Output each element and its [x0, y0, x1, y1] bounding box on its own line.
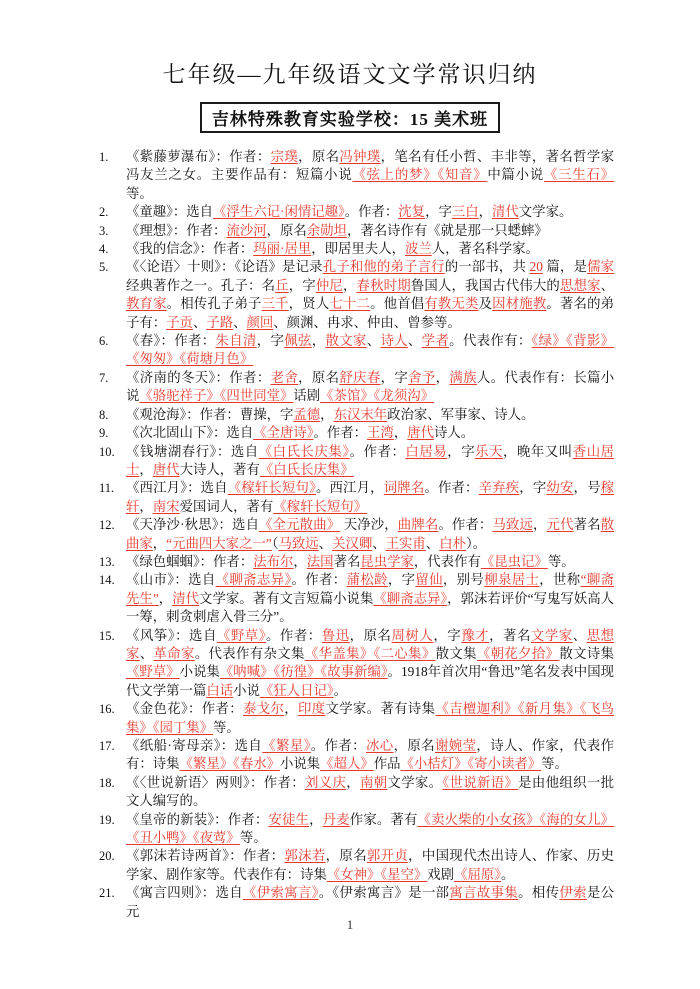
- answer-text: 三白: [452, 204, 479, 219]
- item-text: 《风筝》：选自《野草》。作者：鲁迅，原名周树人，字豫才，著名文学家、思想家、革命…: [126, 627, 614, 701]
- plain-text: 文学家。: [387, 775, 442, 790]
- answer-text: 王湾: [367, 425, 394, 440]
- list-item: 2.《童趣》：选自《浮生六记·闲情记趣》。作者：沈复，字三白，清代文学家。: [99, 203, 614, 221]
- list-item: 11.《西江月》：选自《稼轩长短句》。西江月，词牌名。作者：辛弃疾，字幼安，号稼…: [99, 479, 614, 516]
- plain-text: 小说: [233, 683, 260, 698]
- answer-text: 思想家: [560, 278, 601, 293]
- answer-text: 周树人: [391, 628, 433, 643]
- answer-text: 鲁迅: [322, 628, 350, 643]
- plain-text: 《我的信念》：作者：: [126, 241, 253, 256]
- answer-text: 老舍: [271, 370, 299, 385]
- item-number: 19.: [99, 811, 126, 848]
- plain-text: ，: [320, 407, 333, 422]
- item-text: 《春》：作者：朱自清，字佩弦，散文家、诗人、学者。代表作有：《绿》《背影》《匆匆…: [126, 332, 614, 369]
- answer-text: 柳泉居士: [484, 572, 539, 587]
- answer-text: 子贡: [166, 315, 193, 330]
- answer-text: 《聊斋志异》: [216, 572, 292, 587]
- answer-text: 泰戈尔: [243, 701, 284, 716]
- item-number: 4.: [99, 240, 126, 258]
- plain-text: 《绿色蝈蝈》：作者：: [126, 554, 253, 569]
- plain-text: ，原名: [267, 223, 307, 238]
- list-item: 15.《风筝》：选自《野草》。作者：鲁迅，原名周树人，字豫才，著名文学家、思想家…: [99, 627, 614, 701]
- plain-text: 。作者：: [345, 204, 399, 219]
- answer-text: 仲尼: [316, 278, 343, 293]
- plain-text: 天净沙，: [340, 517, 398, 532]
- answer-text: “元曲四大家之一”: [166, 536, 272, 551]
- page-number: 1: [0, 917, 700, 933]
- answer-text: 革命家: [154, 646, 195, 661]
- school-class-box: 吉林特殊教育实验学校：15 美术班: [200, 102, 500, 133]
- answer-text: 《稼轩长短句》: [273, 499, 367, 514]
- list-item: 13.《绿色蝈蝈》：作者：法布尔，法国著名昆虫学家，代表作有《昆虫记》等。: [99, 553, 614, 571]
- plain-text: 文学家。著有诗集: [325, 701, 435, 716]
- answer-text: 法布尔: [253, 554, 293, 569]
- answer-text: 散文家: [325, 333, 366, 348]
- answer-text: 郭沫若: [284, 848, 325, 863]
- plain-text: 。作者：: [311, 738, 366, 753]
- answer-text: 王实甫: [386, 536, 426, 551]
- answer-text: 沈复: [398, 204, 425, 219]
- plain-text: 及: [479, 296, 493, 311]
- plain-text: 《郭沫若诗两首》：作者：: [126, 848, 284, 863]
- plain-text: ，: [479, 204, 492, 219]
- answer-text: 舍予: [408, 370, 436, 385]
- answer-text: 教育家: [126, 296, 167, 311]
- plain-text: ，: [153, 536, 166, 551]
- answer-text: 《骆驼祥子》《四世同堂》: [139, 388, 293, 403]
- plain-text: 文学家。: [519, 204, 573, 219]
- answer-text: 《小桔灯》《寄小读者》: [401, 756, 542, 771]
- answer-text: 《世说新语》: [442, 775, 518, 790]
- answer-text: 宗璞: [271, 149, 299, 164]
- plain-text: 作品: [374, 756, 401, 771]
- plain-text: ，: [309, 812, 323, 827]
- plain-text: ，: [436, 370, 450, 385]
- plain-text: ，原名: [298, 149, 339, 164]
- plain-text: ，: [533, 517, 547, 532]
- answer-text: 流沙河: [226, 223, 266, 238]
- answer-text: 曲牌名: [398, 517, 439, 532]
- plain-text: （: [272, 536, 279, 551]
- list-item: 4.《我的信念》：作者：玛丽·居里，即居里夫人，波兰人，著名科学家。: [99, 240, 614, 258]
- plain-text: ，晚年又叫: [503, 444, 573, 459]
- answer-text: 冯钟璞: [339, 149, 380, 164]
- plain-text: ，: [284, 701, 298, 716]
- list-item: 8.《观沧海》：作者：曹操，字孟德，东汉末年政治家、军事家、诗人。: [99, 406, 614, 424]
- plain-text: 文学家。著有文言短篇小说集: [199, 591, 373, 606]
- answer-text: 《超人》: [320, 756, 374, 771]
- plain-text: ，: [139, 462, 152, 477]
- item-text: 《我的信念》：作者：玛丽·居里，即居里夫人，波兰人，著名科学家。: [126, 240, 614, 258]
- answer-text: 词牌名: [384, 480, 425, 495]
- plain-text: 著名: [574, 517, 601, 532]
- plain-text: 《紫藤萝瀑布》：作者：: [126, 149, 271, 164]
- plain-text: ，原名: [394, 738, 435, 753]
- answer-text: 白话: [206, 683, 233, 698]
- item-text: 《紫藤萝瀑布》：作者：宗璞，原名冯钟璞，笔名有任小哲、丰非等，著名哲学家冯友兰之…: [126, 148, 614, 203]
- answer-text: 南朝: [360, 775, 387, 790]
- plain-text: 诗人。: [434, 425, 474, 440]
- answer-text: 学者: [422, 333, 449, 348]
- plain-text: ，字: [425, 204, 452, 219]
- answer-text: 寓言故事集: [449, 885, 518, 900]
- answer-text: 元代: [547, 517, 574, 532]
- answer-text: 《呐喊》《彷徨》《故事新编》: [220, 664, 388, 679]
- plain-text: ，: [293, 554, 306, 569]
- answer-text: 安徒生: [268, 812, 309, 827]
- answer-text: 《女神》《星空》: [327, 867, 427, 882]
- plain-text: 、: [140, 646, 154, 661]
- plain-text: ，字: [447, 444, 475, 459]
- list-item: 6.《春》：作者：朱自清，字佩弦，散文家、诗人、学者。代表作有：《绿》《背影》《…: [99, 332, 614, 369]
- item-text: 《次北固山下》：选自《全唐诗》。作者：王湾，唐代诗人。: [126, 424, 614, 442]
- plain-text: ，号: [574, 480, 601, 495]
- plain-text: ，原名: [298, 370, 339, 385]
- answer-text: 文学家: [531, 628, 573, 643]
- plain-text: 。作者：: [292, 572, 347, 587]
- answer-text: 东汉末年: [334, 407, 388, 422]
- plain-text: 。他首倡: [370, 296, 424, 311]
- plain-text: 、: [573, 628, 587, 643]
- answer-text: 诗人: [380, 333, 407, 348]
- answer-text: 唐代: [407, 425, 434, 440]
- item-number: 18.: [99, 774, 126, 811]
- answer-text: 关汉卿: [332, 536, 372, 551]
- plain-text: 《皇帝的新装》：作者：: [126, 812, 268, 827]
- plain-text: 。相传: [518, 885, 559, 900]
- plain-text: ，别号: [443, 572, 484, 587]
- plain-text: ，: [139, 499, 152, 514]
- plain-text: 《〈世说新语〉两则》：作者：: [126, 775, 305, 790]
- plain-text: 《济南的冬天》：作者：: [126, 370, 271, 385]
- answer-text: 丘: [275, 278, 289, 293]
- item-number: 10.: [99, 443, 126, 480]
- plain-text: 戏剧: [427, 867, 454, 882]
- answer-text: 《白氏长庆集》: [260, 462, 354, 477]
- answer-text: 伊索: [559, 885, 586, 900]
- answer-text: 蒲松龄: [347, 572, 388, 587]
- item-number: 8.: [99, 406, 126, 424]
- item-text: 《西江月》：选自《稼轩长短句》。西江月，词牌名。作者：辛弃疾，字幼安，号稼轩，南…: [126, 479, 614, 516]
- answer-text: 《浮生六记·闲情记趣》: [213, 204, 345, 219]
- plain-text: 。代表作有杂文集: [195, 646, 305, 661]
- list-item: 5.《〈论语〉十则》：《论语》是记录孔子和他的弟子言行的一部书，共 20 篇，是…: [99, 258, 614, 332]
- plain-text: ，字: [433, 628, 461, 643]
- answer-text: 昆虫学家: [360, 554, 414, 569]
- list-item: 1.《紫藤萝瀑布》：作者：宗璞，原名冯钟璞，笔名有任小哲、丰非等，著名哲学家冯友…: [99, 148, 614, 203]
- plain-text: 著名: [334, 554, 361, 569]
- item-text: 《山市》：选自《聊斋志异》。作者：蒲松龄，字留仙，别号柳泉居士，世称“聊斋先生”…: [126, 571, 614, 626]
- plain-text: 小说集: [180, 664, 220, 679]
- list-item: 17.《纸船·寄母亲》：选自《繁星》。作者：冰心，原名谢婉莹，诗人、作家，代表作…: [99, 737, 614, 774]
- plain-text: 。相传孔子弟子: [167, 296, 262, 311]
- plain-text: ，代表作有: [414, 554, 481, 569]
- item-text: 《皇帝的新装》：作者：安徒生，丹麦作家。著有《卖火柴的小女孩》《海的女儿》《丑小…: [126, 811, 614, 848]
- plain-text: ，原名: [350, 628, 392, 643]
- item-number: 21.: [99, 884, 126, 921]
- plain-text: 等。: [240, 830, 267, 845]
- answer-text: 法国: [307, 554, 334, 569]
- plain-text: ，著名: [489, 628, 531, 643]
- plain-text: 中篇小说: [487, 167, 544, 182]
- plain-text: ，字: [519, 480, 546, 495]
- plain-text: 等。: [126, 186, 153, 201]
- plain-text: 。作者：: [438, 517, 492, 532]
- plain-text: 《次北固山下》：选自: [126, 425, 253, 440]
- plain-text: 话剧: [293, 388, 320, 403]
- answer-text: 《伊索寓言》: [243, 885, 319, 900]
- answer-text: 《弦上的梦》《知音》: [353, 167, 488, 182]
- answer-text: 《茶馆》《龙须沟》: [320, 388, 434, 403]
- item-text: 《〈论语〉十则》：《论语》是记录孔子和他的弟子言行的一部书，共 20 篇，是儒家…: [126, 258, 614, 332]
- answer-text: 《全元散曲》: [259, 517, 340, 532]
- item-number: 6.: [99, 332, 126, 369]
- list-item: 10.《钱塘湖春行》：选自《白氏长庆集》。作者：白居易，字乐天，晚年又叫香山居士…: [99, 443, 614, 480]
- answer-text: 丹麦: [323, 812, 350, 827]
- item-number: 5.: [99, 258, 126, 332]
- plain-text: 等。: [541, 756, 568, 771]
- item-number: 3.: [99, 222, 126, 240]
- plain-text: ，即居里夫人，: [311, 241, 405, 256]
- answer-text: 玛丽·居里: [253, 241, 311, 256]
- plain-text: 、: [319, 536, 332, 551]
- list-item: 7.《济南的冬天》：作者：老舍，原名舒庆春，字舍予，满族人。代表作有：长篇小说《…: [99, 369, 614, 406]
- answer-text: 颜回: [247, 315, 274, 330]
- item-number: 12.: [99, 516, 126, 553]
- plain-text: ，: [343, 278, 357, 293]
- plain-text: 政治家、军事家、诗人。: [387, 407, 534, 422]
- plain-text: 《山市》：选自: [126, 572, 216, 587]
- plain-text: 。作者：: [350, 444, 406, 459]
- item-text: 《童趣》：选自《浮生六记·闲情记趣》。作者：沈复，字三白，清代文学家。: [126, 203, 614, 221]
- list-item: 16.《金色花》：作者：泰戈尔，印度文学家。著有诗集《吉檀迦利》《新月集》《飞鸟…: [99, 700, 614, 737]
- item-text: 《金色花》：作者：泰戈尔，印度文学家。著有诗集《吉檀迦利》《新月集》《飞鸟集》《…: [126, 700, 614, 737]
- plain-text: 、: [408, 333, 422, 348]
- plain-text: 篇，是: [543, 259, 587, 274]
- plain-text: 等。: [213, 720, 240, 735]
- plain-text: ，贤人: [289, 296, 330, 311]
- plain-text: 《理想》：作者：: [126, 223, 226, 238]
- answer-text: 《华盖集》《二心集》: [305, 646, 436, 661]
- answer-text: 春秋时期: [357, 278, 411, 293]
- answer-text: 唐代: [153, 462, 180, 477]
- plain-text: 《〈论语〉十则》：《论语》是记录: [126, 259, 323, 274]
- item-text: 《绿色蝈蝈》：作者：法布尔，法国著名昆虫学家，代表作有《昆虫记》等。: [126, 553, 614, 571]
- plain-text: 。: [501, 867, 514, 882]
- item-number: 17.: [99, 737, 126, 774]
- plain-text: ，世称: [539, 572, 580, 587]
- answer-text: 马致远: [492, 517, 533, 532]
- answer-text: 白朴: [439, 536, 466, 551]
- answer-text: 豫才: [461, 628, 489, 643]
- list-item: 21.《寓言四则》：选自《伊索寓言》。《伊索寓言》是一部寓言故事集。相传伊索是公…: [99, 884, 614, 921]
- plain-text: ，字: [257, 333, 284, 348]
- plain-text: 《风筝》：选自: [126, 628, 217, 643]
- answer-text: 乐天: [475, 444, 503, 459]
- item-text: 《济南的冬天》：作者：老舍，原名舒庆春，字舍予，满族人。代表作有：长篇小说《骆驼…: [126, 369, 614, 406]
- plain-text: 。作者：: [266, 628, 322, 643]
- plain-text: 《观沧海》：作者：曹操，字: [126, 407, 293, 422]
- answer-text: 《昆虫记》: [481, 554, 548, 569]
- answer-text: 《聊斋志异》: [373, 591, 447, 606]
- answer-text: 郭开贞: [367, 848, 408, 863]
- list-item: 19.《皇帝的新装》：作者：安徒生，丹麦作家。著有《卖火柴的小女孩》《海的女儿》…: [99, 811, 614, 848]
- plain-text: ，: [312, 333, 326, 348]
- plain-text: 、: [367, 333, 381, 348]
- list-item: 12.《天净沙·秋思》：选自《全元散曲》 天净沙，曲牌名。作者：马致远，元代著名…: [99, 516, 614, 553]
- answer-text: 马致远: [279, 536, 319, 551]
- answer-text: 波兰: [405, 241, 432, 256]
- plain-text: 等。: [548, 554, 575, 569]
- item-text: 《观沧海》：作者：曹操，字孟德，东汉末年政治家、军事家、诗人。: [126, 406, 614, 424]
- plain-text: 、: [233, 315, 246, 330]
- list-item: 14.《山市》：选自《聊斋志异》。作者：蒲松龄，字留仙，别号柳泉居士，世称“聊斋…: [99, 571, 614, 626]
- plain-text: 。: [334, 683, 347, 698]
- list-item: 9.《次北固山下》：选自《全唐诗》。作者：王湾，唐代诗人。: [99, 424, 614, 442]
- answer-text: 清代: [172, 591, 199, 606]
- answer-text: 孟德: [293, 407, 320, 422]
- answer-text: 白居易: [405, 444, 447, 459]
- plain-text: 、颜渊、冉求、仲由、曾参等。: [273, 315, 460, 330]
- plain-text: 。作者：: [313, 425, 367, 440]
- plain-text: 。代表作有：: [449, 333, 531, 348]
- answer-text: 《野草》: [126, 664, 180, 679]
- plain-text: ，: [159, 591, 172, 606]
- plain-text: ，原名: [326, 848, 367, 863]
- answer-text: 《屈原》: [454, 867, 501, 882]
- answer-text: 《稼轩长短句》: [228, 480, 316, 495]
- answer-text: 佩弦: [284, 333, 311, 348]
- item-number: 15.: [99, 627, 126, 701]
- plain-text: 、: [601, 278, 614, 293]
- plain-text: 《春》：作者：: [126, 333, 216, 348]
- list-item: 20.《郭沫若诗两首》：作者：郭沫若，原名郭开贞，中国现代杰出诗人、作家、历史学…: [99, 847, 614, 884]
- item-number: 20.: [99, 847, 126, 884]
- plain-text: ，: [346, 775, 360, 790]
- plain-text: 人，著名科学家。: [432, 241, 539, 256]
- knowledge-list: 1.《紫藤萝瀑布》：作者：宗璞，原名冯钟璞，笔名有任小哲、丰非等，著名哲学家冯友…: [0, 148, 700, 921]
- answer-text: 因材施教: [492, 296, 546, 311]
- answer-text: 幼安: [546, 480, 573, 495]
- answer-text: 《野草》: [217, 628, 266, 643]
- answer-text: 子路: [206, 315, 233, 330]
- plain-text: ，字: [388, 572, 416, 587]
- plain-text: 《纸船·寄母亲》：选自: [126, 738, 262, 753]
- plain-text: 、: [372, 536, 385, 551]
- item-number: 13.: [99, 553, 126, 571]
- answer-text: 留仙: [415, 572, 443, 587]
- plain-text: 《钱塘湖春行》：选自: [126, 444, 259, 459]
- plain-text: 大诗人，著有: [180, 462, 260, 477]
- plain-text: 。西江月，: [316, 480, 384, 495]
- answer-text: 孔子和他的弟子言行: [323, 259, 445, 274]
- plain-text: ，: [394, 425, 407, 440]
- answer-text: 《狂人日记》: [260, 683, 334, 698]
- answer-text: 南宋: [153, 499, 180, 514]
- item-number: 16.: [99, 700, 126, 737]
- plain-text: ）。: [466, 536, 486, 551]
- answer-text: 朱自清: [216, 333, 257, 348]
- item-text: 《寓言四则》：选自《伊索寓言》。《伊索寓言》是一部寓言故事集。相传伊索是公元: [126, 884, 614, 921]
- school-box-wrap: 吉林特殊教育实验学校：15 美术班: [0, 102, 700, 133]
- plain-text: ，字: [381, 370, 409, 385]
- item-text: 《钱塘湖春行》：选自《白氏长庆集》。作者：白居易，字乐天，晚年又叫香山居士，唐代…: [126, 443, 614, 480]
- list-item: 3.《理想》：作者：流沙河，原名余勋坦，著名诗作有《就是那一只蟋蟀》: [99, 222, 614, 240]
- document-page: 七年级—九年级语文文学常识归纳 吉林特殊教育实验学校：15 美术班 1.《紫藤萝…: [0, 0, 700, 989]
- plain-text: 散文诗集: [559, 646, 614, 661]
- answer-text: 《繁星》: [262, 738, 311, 753]
- answer-text: 清代: [492, 204, 519, 219]
- item-text: 《〈世说新语〉两则》：作者：刘义庆，南朝文学家。《世说新语》是由他组织一批文人编…: [126, 774, 614, 811]
- item-text: 《郭沫若诗两首》：作者：郭沫若，原名郭开贞，中国现代杰出诗人、作家、历史学家、剧…: [126, 847, 614, 884]
- plain-text: 经典著作之一。孔子：名: [126, 278, 275, 293]
- item-text: 《理想》：作者：流沙河，原名余勋坦，著名诗作有《就是那一只蟋蟀》: [126, 222, 614, 240]
- plain-text: ，字: [289, 278, 316, 293]
- item-number: 11.: [99, 479, 126, 516]
- answer-text: 《白氏长庆集》: [259, 444, 350, 459]
- plain-text: 《金色花》：作者：: [126, 701, 243, 716]
- answer-text: 印度: [298, 701, 325, 716]
- answer-text: 三千: [262, 296, 289, 311]
- answer-text: 儒家: [587, 259, 614, 274]
- school-class-label: 吉林特殊教育实验学校：15 美术班: [212, 110, 488, 129]
- plain-text: 、: [193, 315, 206, 330]
- plain-text: 。作者：: [424, 480, 478, 495]
- plain-text: 。《伊索寓言》是一部: [319, 885, 450, 900]
- answer-text: 满族: [449, 370, 477, 385]
- plain-text: 、: [426, 536, 439, 551]
- answer-text: 七十二: [329, 296, 370, 311]
- item-number: 14.: [99, 571, 126, 626]
- answer-text: 余勋坦: [307, 223, 347, 238]
- item-number: 1.: [99, 148, 126, 203]
- plain-text: 爱国词人，著有: [180, 499, 274, 514]
- plain-text: 作家。著有: [350, 812, 418, 827]
- item-number: 2.: [99, 203, 126, 221]
- plain-text: ，著名诗作有《就是那一只蟋蟀》: [347, 223, 548, 238]
- answer-text: 《全唐诗》: [253, 425, 313, 440]
- plain-text: 小说集: [280, 756, 320, 771]
- item-text: 《天净沙·秋思》：选自《全元散曲》 天净沙，曲牌名。作者：马致远，元代著名散曲家…: [126, 516, 614, 553]
- plain-text: 的一部书，共: [445, 259, 530, 274]
- plain-text: 《童趣》：选自: [126, 204, 213, 219]
- answer-text: 《繁星》《春水》: [180, 756, 280, 771]
- plain-text: 《西江月》：选自: [126, 480, 228, 495]
- page-title: 七年级—九年级语文文学常识归纳: [0, 0, 700, 89]
- answer-text: 《三生石》: [544, 167, 614, 182]
- answer-text: 有教无类: [424, 296, 478, 311]
- list-item: 18.《〈世说新语〉两则》：作者：刘义庆，南朝文学家。《世说新语》是由他组织一批…: [99, 774, 614, 811]
- answer-text: 刘义庆: [305, 775, 346, 790]
- answer-text: 辛弃疾: [479, 480, 520, 495]
- plain-text: 《寓言四则》：选自: [126, 885, 243, 900]
- item-number: 9.: [99, 424, 126, 442]
- answer-text: 谢婉莹: [435, 738, 476, 753]
- item-number: 7.: [99, 369, 126, 406]
- plain-text: 鲁国人，我国古代伟大的: [411, 278, 560, 293]
- answer-text: 20: [530, 259, 543, 274]
- answer-text: 舒庆春: [339, 370, 380, 385]
- answer-text: 《朝花夕拾》: [477, 646, 560, 661]
- answer-text: 冰心: [366, 738, 394, 753]
- plain-text: 《天净沙·秋思》：选自: [126, 517, 259, 532]
- plain-text: 散文集: [436, 646, 477, 661]
- item-text: 《纸船·寄母亲》：选自《繁星》。作者：冰心，原名谢婉莹，诗人、作家，代表作有：诗…: [126, 737, 614, 774]
